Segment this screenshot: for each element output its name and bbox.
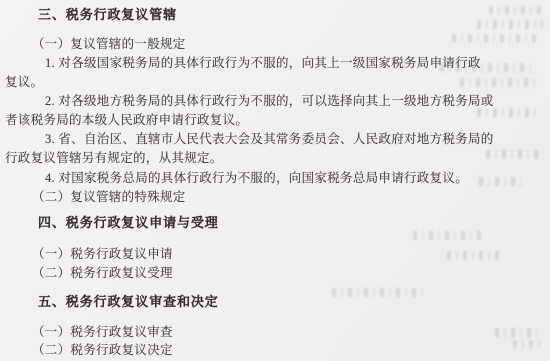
bleedthrough-artifact bbox=[486, 150, 542, 159]
scanned-document-page: 三、税务行政复议管辖 （一）复议管辖的一般规定 1. 对各级国家税务局的具体行政… bbox=[0, 0, 550, 361]
bleedthrough-artifact bbox=[477, 108, 539, 117]
section-heading-4: 四、税务行政复议申请与受理 bbox=[38, 216, 219, 230]
bleedthrough-artifact bbox=[489, 6, 543, 14]
bleedthrough-artifact bbox=[452, 34, 540, 43]
bleedthrough-artifact bbox=[477, 20, 543, 29]
paragraph-item-4: 4. 对国家税务总局的具体行政行为不服的，向国家税务总局申请行政复议。 bbox=[45, 171, 468, 185]
subheading-5-2: （二）税务行政复议决定 bbox=[32, 343, 173, 357]
bleedthrough-artifact bbox=[479, 177, 527, 186]
bleedthrough-artifact bbox=[495, 328, 539, 337]
paragraph-item-2-line-1: 2. 对各级地方税务局的具体行政行为不服的，可以选择向其上一级地方税务局或 bbox=[45, 94, 494, 108]
bleedthrough-artifact bbox=[460, 78, 540, 87]
bleedthrough-artifact bbox=[447, 251, 503, 260]
paragraph-item-1-line-1: 1. 对各级国家税务局的具体行政行为不服的，向其上一级国家税务局申请行政 bbox=[45, 56, 481, 70]
bleedthrough-artifact bbox=[332, 288, 428, 297]
bleedthrough-artifact bbox=[413, 231, 485, 240]
subheading-4-1: （一）税务行政复议申请 bbox=[32, 247, 173, 261]
subheading-3-1: （一）复议管辖的一般规定 bbox=[32, 37, 186, 51]
bleedthrough-artifact bbox=[440, 63, 532, 72]
paragraph-item-3-line-1: 3. 省、自治区、直辖市人民代表大会及其常务委员会、人民政府对地方税务局的 bbox=[45, 132, 494, 146]
paragraph-item-3-line-2: 行政复议管辖另有规定的，从其规定。 bbox=[5, 151, 223, 165]
bleedthrough-artifact bbox=[513, 340, 545, 348]
paragraph-item-1-line-2: 复议。 bbox=[5, 75, 43, 89]
subheading-4-2: （二）税务行政复议受理 bbox=[32, 266, 173, 280]
section-heading-5: 五、税务行政复议审查和决定 bbox=[38, 295, 219, 309]
paragraph-item-2-line-2: 者该税务局的本级人民政府申请行政复议。 bbox=[5, 113, 248, 127]
section-heading-3: 三、税务行政复议管辖 bbox=[38, 8, 177, 22]
subheading-3-2: （二）复议管辖的特殊规定 bbox=[32, 190, 186, 204]
subheading-5-1: （一）税务行政复议审查 bbox=[32, 325, 173, 339]
